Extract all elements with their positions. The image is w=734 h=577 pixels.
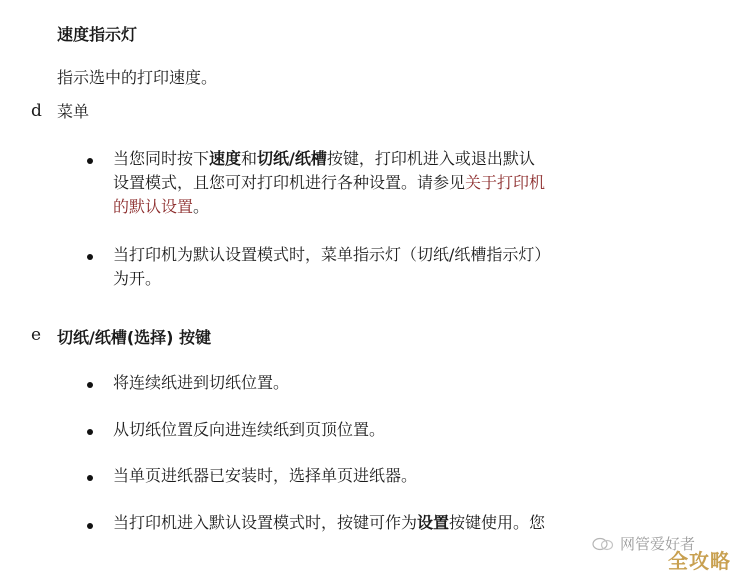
wechat-icon bbox=[592, 536, 614, 550]
default-settings-link-cont[interactable]: 的默认设置 bbox=[113, 197, 193, 216]
text: 。 bbox=[193, 197, 209, 216]
watermark-badge: 全攻略 bbox=[668, 545, 731, 574]
tearoff-bullet-2: 从切纸位置反向进连续纸到页顶位置。 bbox=[113, 418, 385, 442]
bullet-icon bbox=[87, 523, 93, 529]
section-d-letter: d bbox=[31, 101, 42, 121]
bullet-icon bbox=[87, 158, 93, 164]
text: 当打印机进入默认设置模式时，按键可作为 bbox=[113, 513, 417, 532]
text: 按键使用。您 bbox=[449, 513, 545, 532]
speed-indicator-heading: 速度指示灯 bbox=[57, 22, 137, 45]
text: 和 bbox=[241, 149, 257, 168]
text: 当打印机为默认设置模式时，菜单指示灯（切纸/纸槽指示灯） bbox=[113, 243, 550, 267]
text: 按键，打印机进入或退出默认 bbox=[327, 149, 535, 168]
text: 为开。 bbox=[113, 267, 550, 291]
tearoff-bullet-1: 将连续纸进到切纸位置。 bbox=[113, 371, 289, 395]
section-e-letter: e bbox=[31, 325, 41, 345]
text: 当您同时按下 bbox=[113, 149, 209, 168]
bullet-icon bbox=[87, 475, 93, 481]
default-settings-link[interactable]: 关于打印机 bbox=[465, 173, 545, 192]
bold-term-speed: 速度 bbox=[209, 149, 241, 168]
text: 设置模式，且您可对打印机进行各种设置。请参见 bbox=[113, 173, 465, 192]
menu-bullet-1: 当您同时按下速度和切纸/纸槽按键，打印机进入或退出默认 设置模式，且您可对打印机… bbox=[113, 147, 545, 219]
bullet-icon bbox=[87, 382, 93, 388]
menu-bullet-2: 当打印机为默认设置模式时，菜单指示灯（切纸/纸槽指示灯） 为开。 bbox=[113, 243, 550, 291]
bullet-icon bbox=[87, 254, 93, 260]
menu-heading: 菜单 bbox=[57, 100, 89, 124]
bold-term-setup: 设置 bbox=[417, 513, 449, 532]
tearoff-bullet-4: 当打印机进入默认设置模式时，按键可作为设置按键使用。您 bbox=[113, 511, 545, 535]
bold-term-tearoff: 切纸/纸槽 bbox=[257, 149, 327, 168]
bullet-icon bbox=[87, 429, 93, 435]
speed-indicator-description: 指示选中的打印速度。 bbox=[57, 66, 217, 90]
tearoff-button-heading: 切纸/纸槽(选择) 按键 bbox=[57, 325, 211, 348]
tearoff-bullet-3: 当单页进纸器已安装时，选择单页进纸器。 bbox=[113, 464, 417, 488]
